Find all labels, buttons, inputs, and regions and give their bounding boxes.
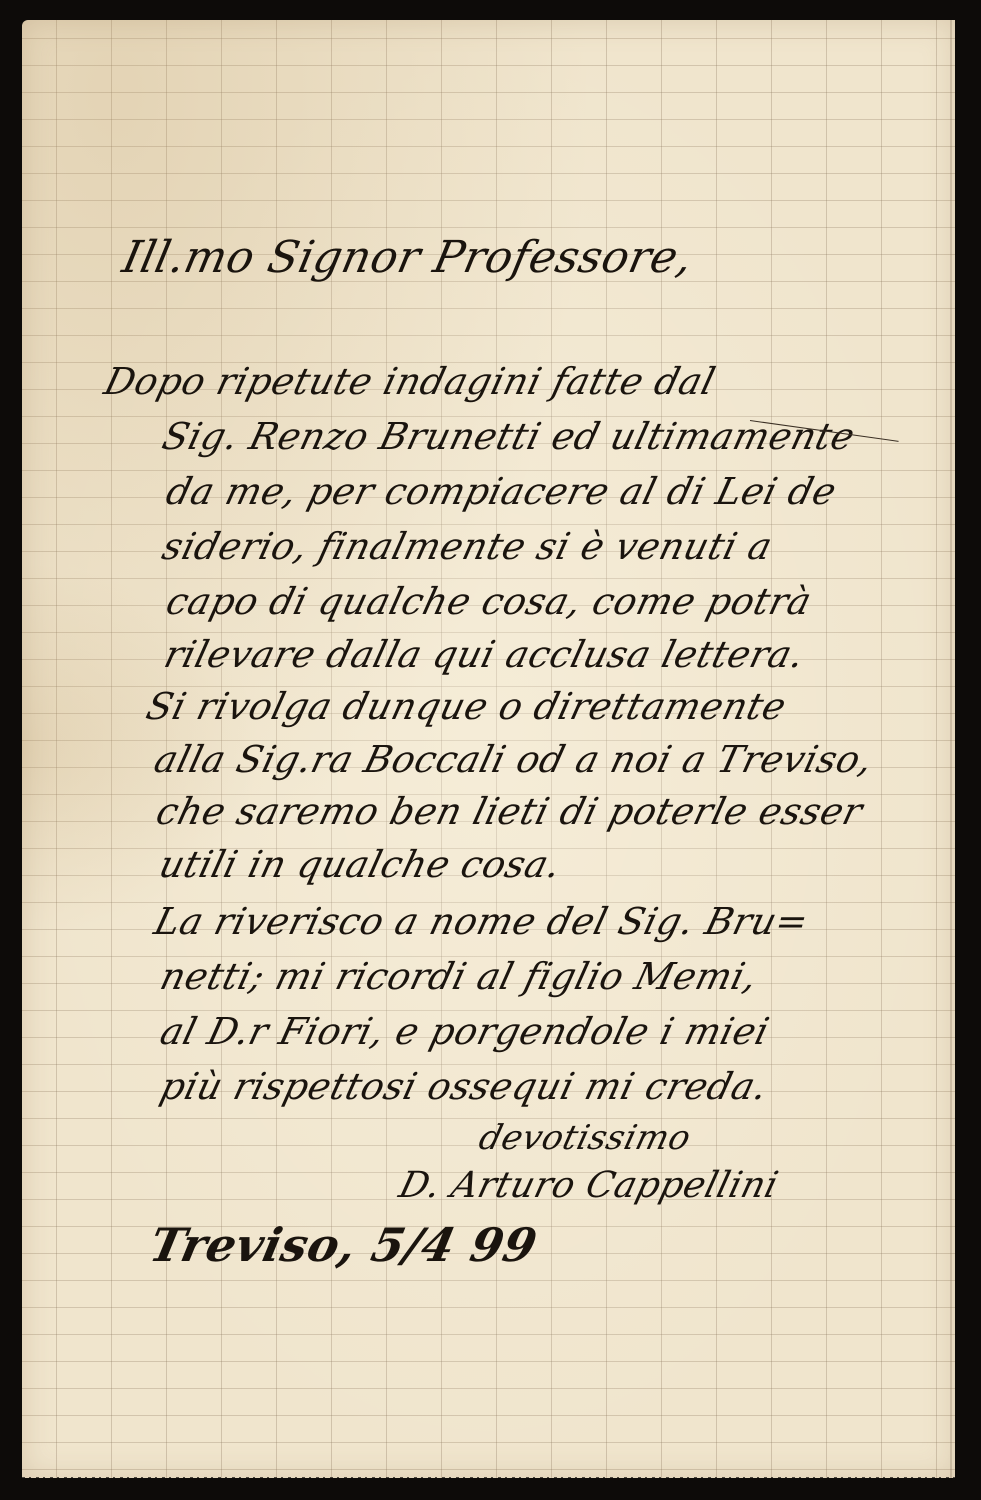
body-line-7: Si rivolga dunque o direttamente [142, 685, 791, 728]
body-line-12: netti; mi ricordi al figlio Memi, [156, 955, 762, 998]
place-date: Treviso, 5/4 99 [145, 1218, 542, 1272]
body-line-9: che saremo ben lieti di poterle esser [152, 790, 867, 833]
body-line-14: più rispettosi ossequi mi creda. [156, 1065, 772, 1108]
body-line-13: al D.r Fiori, e porgendole i miei [156, 1010, 774, 1053]
body-line-1: Dopo ripetute indagini fatte dal [100, 360, 720, 403]
salutation: Ill.mo Signor Professore, [118, 232, 697, 283]
closing: devotissimo [475, 1118, 695, 1158]
body-line-4: siderio, finalmente si è venuti a [158, 525, 777, 568]
torn-bottom-edge [22, 1477, 955, 1481]
body-line-3: da me, per compiacere al di Lei de [162, 470, 841, 513]
body-line-6: rilevare dalla qui acclusa lettera. [160, 633, 809, 676]
body-line-5: capo di qualche cosa, come potrà [162, 580, 816, 623]
body-line-11: La riverisco a nome del Sig. Bru= [150, 900, 813, 943]
signature: D. Arturo Cappellini [395, 1165, 783, 1206]
body-line-10: utili in qualche cosa. [155, 843, 566, 886]
body-line-8: alla Sig.ra Boccali od a noi a Treviso, [150, 738, 877, 781]
